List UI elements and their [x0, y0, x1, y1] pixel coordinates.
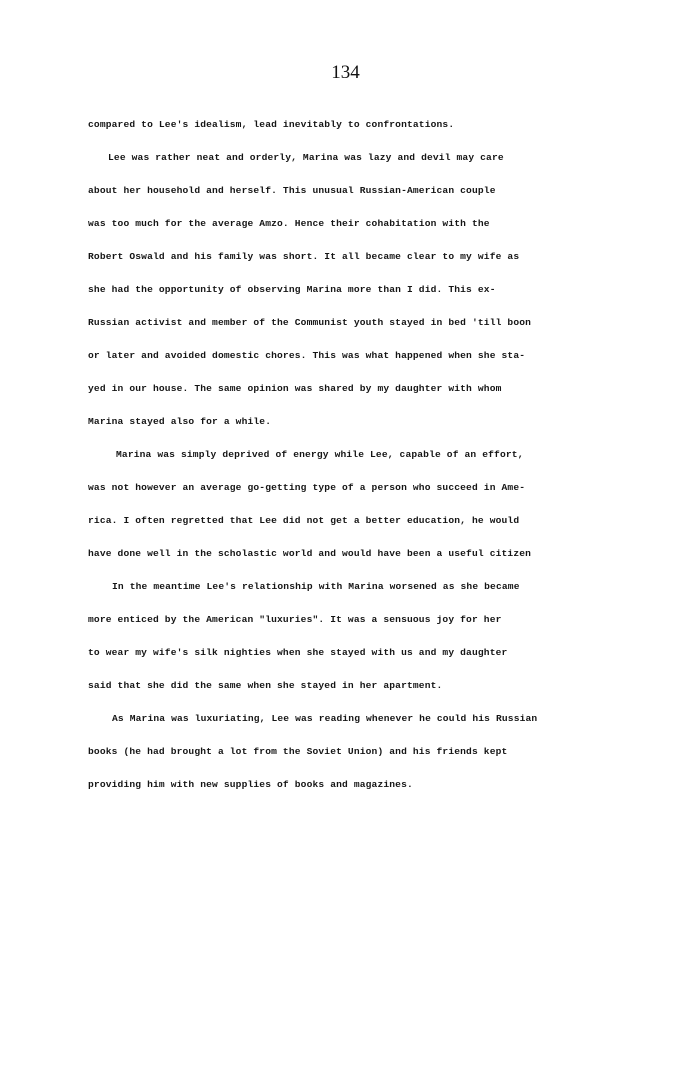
text-line: was too much for the average Amzo. Hence…: [88, 217, 588, 250]
text-line: she had the opportunity of observing Mar…: [88, 283, 588, 316]
text-line: books (he had brought a lot from the Sov…: [88, 745, 588, 778]
text-line: to wear my wife's silk nighties when she…: [88, 646, 588, 679]
text-line: rica. I often regretted that Lee did not…: [88, 514, 588, 547]
text-line: As Marina was luxuriating, Lee was readi…: [88, 712, 588, 745]
text-line: providing him with new supplies of books…: [88, 778, 588, 811]
text-line: about her household and herself. This un…: [88, 184, 588, 217]
text-line: Robert Oswald and his family was short. …: [88, 250, 588, 283]
text-line: compared to Lee's idealism, lead inevita…: [88, 118, 588, 151]
text-line: Lee was rather neat and orderly, Marina …: [88, 151, 588, 184]
text-line: was not however an average go-getting ty…: [88, 481, 588, 514]
text-line: Marina was simply deprived of energy whi…: [88, 448, 588, 481]
page-number: 134: [0, 62, 691, 84]
text-line: said that she did the same when she stay…: [88, 679, 588, 712]
text-line: yed in our house. The same opinion was s…: [88, 382, 588, 415]
text-line: or later and avoided domestic chores. Th…: [88, 349, 588, 382]
text-line: more enticed by the American "luxuries".…: [88, 613, 588, 646]
text-line: Marina stayed also for a while.: [88, 415, 588, 448]
text-line: In the meantime Lee's relationship with …: [88, 580, 588, 613]
text-line: Russian activist and member of the Commu…: [88, 316, 588, 349]
body-text: compared to Lee's idealism, lead inevita…: [88, 118, 588, 811]
text-line: have done well in the scholastic world a…: [88, 547, 588, 580]
